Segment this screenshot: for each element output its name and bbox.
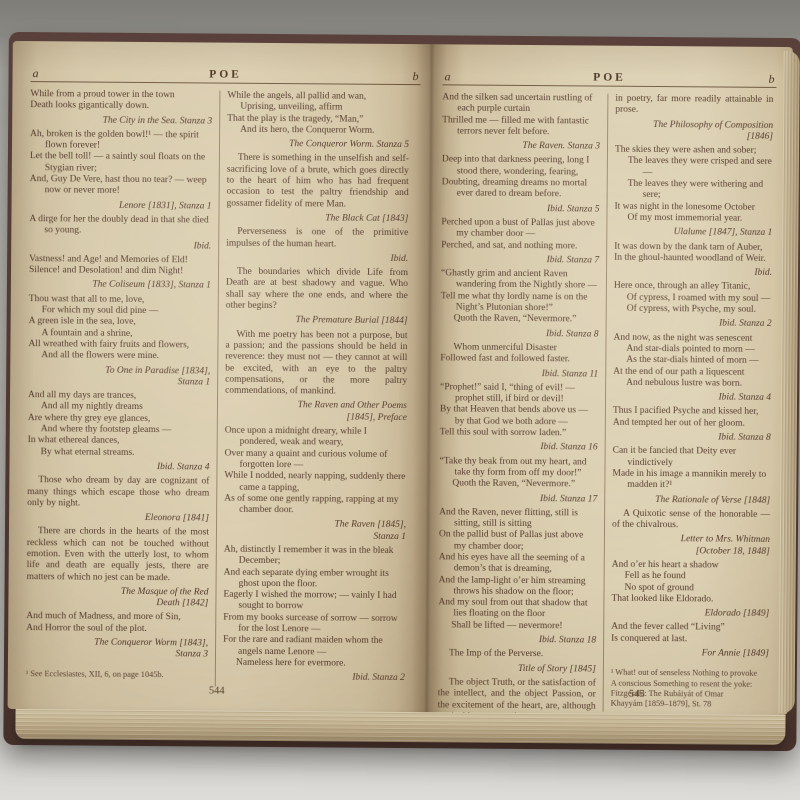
attribution: Ibid. Stanza 8 bbox=[613, 432, 771, 445]
verse-line: And tempted her out of her gloom. bbox=[613, 417, 771, 430]
verse-line: Ah, distinctly I remember it was in the … bbox=[224, 545, 406, 569]
page-spread: a POE b While from a proud tower in the … bbox=[8, 41, 793, 715]
attribution-line: The Premature Burial [1844] bbox=[226, 315, 408, 328]
attribution-line: [1846] bbox=[615, 131, 773, 144]
verse-line: On the pallid bust of Pallas just above … bbox=[439, 530, 597, 554]
attribution-line: The City in the Sea. Stanza 3 bbox=[30, 115, 212, 128]
verse-line: Made in his image a mannikin merely to m… bbox=[612, 469, 770, 493]
attribution-line: Ibid. Stanza 4 bbox=[27, 461, 209, 474]
verse-block: And now, as the night was senescentAnd s… bbox=[613, 332, 771, 390]
page-544-column-a: While from a proud tower in the townDeat… bbox=[26, 89, 220, 683]
prose-paragraph: A Quixotic sense of the honorable — of t… bbox=[612, 508, 770, 532]
verse-line: Can it be fancied that Deity ever vindic… bbox=[612, 446, 770, 470]
verse-block: A dirge for her the doubly dead in that … bbox=[29, 214, 211, 238]
attribution-line: Ibid. bbox=[29, 240, 211, 253]
verse-line: Tell this soul with sorrow laden.” bbox=[440, 427, 598, 440]
verse-line: For the rare and radiant maiden whom the… bbox=[223, 635, 405, 659]
verse-line: Followed fast and followed faster. bbox=[440, 354, 598, 367]
verse-block: “Ghastly grim and ancient Raven wanderin… bbox=[441, 268, 599, 326]
attribution: Ibid. bbox=[29, 240, 211, 253]
attribution: Ibid. Stanza 7 bbox=[441, 254, 599, 267]
attribution: Title of Story [1845] bbox=[438, 663, 596, 676]
attribution-line: [1845], Preface bbox=[225, 411, 407, 424]
attribution-line: Title of Story [1845] bbox=[438, 663, 596, 676]
verse-line: Let the bell toll! — a saintly soul floa… bbox=[30, 152, 212, 176]
verse-line: And the silken sad uncertain rustling of… bbox=[442, 92, 600, 116]
footnote: ¹ See Ecclesiastes, XII, 6, on page 1045… bbox=[26, 669, 208, 681]
attribution: Ibid. Stanza 4 bbox=[27, 461, 209, 474]
verse-block: Thou wast that all to me, love,For which… bbox=[28, 294, 211, 363]
attribution: The Conqueror Worm. Stanza 5 bbox=[227, 139, 409, 152]
attribution: Ibid. bbox=[614, 267, 772, 280]
verse-line: Death looks gigantically down. bbox=[30, 100, 212, 113]
verse-line: A dirge for her the doubly dead in that … bbox=[29, 214, 211, 238]
verse-line: And each separate dying ember wrought it… bbox=[224, 567, 406, 591]
verse-block: Perched upon a bust of Pallas just above… bbox=[441, 217, 599, 252]
verse-line: Thus I pacified Psyche and kissed her, bbox=[613, 406, 771, 419]
attribution-line: Ibid. Stanza 8 bbox=[440, 328, 598, 341]
verse-line: Shall be lifted — nevermore! bbox=[451, 620, 596, 632]
attribution-line: Ibid. Stanza 5 bbox=[441, 203, 599, 216]
page-545: a POE b And the silken sad uncertain rus… bbox=[426, 44, 793, 715]
page-544-column-b: While the angels, all pallid and wan,Upr… bbox=[215, 91, 410, 688]
attribution: The Black Cat [1843] bbox=[226, 213, 408, 226]
verse-block: While the angels, all pallid and wan,Upr… bbox=[227, 91, 409, 138]
attribution-line: Ibid. bbox=[614, 267, 772, 280]
attribution: Ibid. Stanza 4 bbox=[613, 392, 771, 405]
page-header: a POE b bbox=[442, 70, 776, 88]
verse-block: Ah, broken is the golden bowl!¹ — the sp… bbox=[30, 129, 213, 198]
verse-line: And Horror the soul of the plot. bbox=[26, 623, 208, 636]
verse-line: Ah, broken is the golden bowl!¹ — the sp… bbox=[30, 129, 212, 153]
verse-line: And the fever called “Living” bbox=[611, 622, 769, 635]
attribution: The City in the Sea. Stanza 3 bbox=[30, 115, 212, 128]
verse-line: “Prophet!” said I, “thing of evil! — pro… bbox=[440, 382, 598, 406]
attribution: Ibid. Stanza 2 bbox=[223, 672, 405, 685]
attribution: The Coliseum [1833], Stanza 1 bbox=[29, 280, 211, 293]
verse-line: Doubting, dreaming dreams no mortal ever… bbox=[442, 177, 600, 201]
column-letter-a: a bbox=[33, 67, 39, 79]
verse-line: Perched upon a bust of Pallas just above… bbox=[441, 217, 599, 241]
verse-block: The skies they were ashen and sober;The … bbox=[614, 145, 773, 225]
verse-block: Deep into that darkness peering, long I … bbox=[442, 155, 600, 201]
attribution: Eldorado [1849] bbox=[611, 608, 769, 621]
attribution: Lenore [1831], Stanza 1 bbox=[29, 200, 211, 213]
verse-line: In what ethereal dances, bbox=[28, 435, 210, 448]
verse-line: Of cypress, with Psyche, my soul. bbox=[627, 304, 772, 316]
attribution: Eleonora [1841] bbox=[27, 512, 209, 525]
verse-line: And his eyes have all the seeming of a d… bbox=[439, 552, 597, 576]
attribution-line: Ibid. Stanza 2 bbox=[614, 318, 772, 331]
verse-line: Of my most immemorial year. bbox=[627, 213, 772, 225]
verse-line: Tell me what thy lordly name is on the N… bbox=[441, 291, 599, 315]
attribution: For Annie [1849] bbox=[611, 648, 769, 661]
attribution-line: The Coliseum [1833], Stanza 1 bbox=[29, 280, 211, 293]
verse-block: Thus I pacified Psyche and kissed her,An… bbox=[613, 406, 771, 430]
attribution-line: Eleonora [1841] bbox=[27, 512, 209, 525]
verse-block: “Take thy beak from out my heart, and ta… bbox=[439, 456, 597, 491]
verse-block: And much of Madness, and more of Sin,And… bbox=[26, 612, 208, 636]
attribution-line: Ibid. Stanza 16 bbox=[440, 442, 598, 455]
attribution: The Masque of the RedDeath [1842] bbox=[26, 586, 208, 610]
verse-line: Thrilled me — filled me with fantastic t… bbox=[442, 115, 600, 139]
verse-line: Once upon a midnight dreary, while I pon… bbox=[225, 426, 407, 450]
verse-line: Silence! and Desolation! and dim Night! bbox=[29, 265, 211, 278]
verse-line: Here once, through an alley Titanic, bbox=[614, 281, 772, 294]
verse-line: Uprising, unveiling, affirm bbox=[240, 102, 409, 115]
verse-line: Over many a quaint and curious volume of… bbox=[224, 448, 406, 472]
prose-paragraph: Those who dream by day are cognizant of … bbox=[27, 475, 209, 510]
verse-block: Can it be fancied that Deity ever vindic… bbox=[612, 446, 770, 492]
verse-block: Ah, distinctly I remember it was in the … bbox=[223, 545, 406, 671]
page-544: a POE b While from a proud tower in the … bbox=[8, 41, 431, 712]
verse-line: Nameless here for evermore. bbox=[236, 658, 405, 671]
attribution-line: Ulalume [1847], Stanza 1 bbox=[614, 227, 772, 240]
attribution: To One in Paradise [1834],Stanza 1 bbox=[28, 365, 210, 389]
page-header: a POE b bbox=[31, 67, 421, 85]
column-letter-b: b bbox=[768, 73, 774, 85]
verse-line: “Ghastly grim and ancient Raven wanderin… bbox=[441, 268, 599, 292]
text-columns: While from a proud tower in the townDeat… bbox=[26, 89, 421, 688]
verse-line: And nebulous lustre was born. bbox=[626, 378, 771, 390]
verse-line: And, Guy De Vere, hast thou no tear? — w… bbox=[30, 174, 212, 198]
text-columns: And the silken sad uncertain rustling of… bbox=[437, 92, 776, 728]
verse-line: That looked like Eldorado. bbox=[611, 594, 769, 607]
attribution-line: Lenore [1831], Stanza 1 bbox=[29, 200, 211, 213]
attribution: Ibid. Stanza 11 bbox=[440, 368, 598, 381]
photo-background: a POE b While from a proud tower in the … bbox=[0, 0, 800, 800]
page-edges-bottom bbox=[15, 709, 785, 745]
page-number: 544 bbox=[8, 684, 426, 698]
attribution-line: The Conqueror Worm. Stanza 5 bbox=[227, 139, 409, 152]
verse-block: Whom unmerciful DisasterFollowed fast an… bbox=[440, 342, 598, 366]
attribution: Ibid. Stanza 17 bbox=[439, 493, 597, 506]
attribution: Letter to Mrs. Whitman[October 18, 1848] bbox=[612, 534, 770, 558]
column-letter-b: b bbox=[412, 70, 418, 82]
prose-paragraph: The boundaries which divide Life from De… bbox=[226, 267, 408, 314]
attribution-line: Stanza 1 bbox=[224, 530, 406, 543]
verse-line: A green isle in the sea, love, bbox=[29, 316, 211, 329]
verse-line: And its hero, the Conqueror Worm. bbox=[240, 125, 409, 138]
attribution-line: Stanza 3 bbox=[26, 648, 208, 661]
verse-block: Vastness! and Age! and Memories of Eld!S… bbox=[29, 254, 211, 278]
attribution-line: Stanza 1 bbox=[28, 376, 210, 389]
verse-line: And all my nightly dreams bbox=[41, 402, 210, 415]
attribution-line: Ibid. Stanza 4 bbox=[613, 392, 771, 405]
attribution: Ibid. Stanza 18 bbox=[438, 634, 596, 647]
footnote-line: ¹ See Ecclesiastes, XII, 6, on page 1045… bbox=[26, 669, 208, 681]
prose-paragraph: With me poetry has been not a purpose, b… bbox=[225, 329, 408, 398]
verse-line: Perched, and sat, and nothing more. bbox=[441, 240, 599, 253]
page-545-column-b: in poetry, far more readily attainable i… bbox=[603, 94, 774, 713]
attribution-line: Ibid. Stanza 17 bbox=[439, 493, 597, 506]
attribution-line: Eldorado [1849] bbox=[611, 608, 769, 621]
prose-paragraph: The Imp of the Perverse. bbox=[438, 649, 596, 662]
verse-line: While I nodded, nearly napping, suddenly… bbox=[224, 471, 406, 495]
attribution: The Raven and Other Poems[1845], Preface bbox=[225, 400, 407, 424]
verse-line: Quoth the Raven, “Nevermore.” bbox=[452, 479, 597, 491]
verse-line: Deep into that darkness peering, long I … bbox=[442, 155, 600, 179]
attribution: Ulalume [1847], Stanza 1 bbox=[614, 227, 772, 240]
attribution-line: Ibid. Stanza 2 bbox=[223, 672, 405, 685]
attribution-line: Death [1842] bbox=[26, 597, 208, 610]
attribution-line: Ibid. Stanza 18 bbox=[438, 634, 596, 647]
verse-block: And the silken sad uncertain rustling of… bbox=[442, 92, 600, 138]
attribution: The Premature Burial [1844] bbox=[226, 315, 408, 328]
verse-line: And all the flowers were mine. bbox=[41, 350, 210, 363]
prose-paragraph: in poetry, far more readily attainable i… bbox=[615, 94, 773, 118]
verse-line: And my soul from out that shadow that li… bbox=[438, 597, 596, 621]
prose-paragraph: There is something in the unselfish and … bbox=[227, 153, 409, 211]
verse-line: “Take thy beak from out my heart, and ta… bbox=[439, 456, 597, 480]
attribution: The Philosophy of Composition[1846] bbox=[615, 119, 773, 143]
verse-block: And o’er his heart a shadowFell as he fo… bbox=[611, 560, 769, 606]
attribution: Ibid. bbox=[226, 252, 408, 265]
footnote-line: ¹ What! out of senseless Nothing to prov… bbox=[611, 668, 769, 679]
verse-block: While from a proud tower in the townDeat… bbox=[30, 89, 212, 113]
verse-block: And the Raven, never flitting, still is … bbox=[438, 507, 597, 633]
verse-line: And the Raven, never flitting, still is … bbox=[439, 507, 597, 531]
verse-block: It was down by the dank tarn of Auber,In… bbox=[614, 241, 772, 265]
attribution-line: Ibid. bbox=[226, 252, 408, 265]
attribution: Ibid. Stanza 5 bbox=[441, 203, 599, 216]
attribution-line: Ibid. Stanza 7 bbox=[441, 254, 599, 267]
verse-line: Eagerly I wished the morrow; — vainly I … bbox=[223, 590, 405, 614]
open-book: a POE b While from a proud tower in the … bbox=[7, 41, 793, 763]
running-head: POE bbox=[593, 72, 626, 84]
attribution-line: The Black Cat [1843] bbox=[226, 213, 408, 226]
prose-paragraph: Perverseness is one of the primitive imp… bbox=[226, 227, 408, 251]
page-545-column-a: And the silken sad uncertain rustling of… bbox=[437, 92, 607, 726]
attribution-line: Ibid. Stanza 8 bbox=[613, 432, 771, 445]
attribution: The Raven. Stanza 3 bbox=[442, 141, 600, 154]
attribution-line: Ibid. Stanza 11 bbox=[440, 368, 598, 381]
verse-block: And all my days are trances,And all my n… bbox=[28, 390, 211, 459]
attribution: The Rationale of Verse [1848] bbox=[612, 494, 770, 507]
running-head: POE bbox=[209, 68, 242, 80]
attribution-line: The Rationale of Verse [1848] bbox=[612, 494, 770, 507]
verse-line: As of some one gently rapping, rapping a… bbox=[224, 493, 406, 517]
verse-line: Is conquered at last. bbox=[611, 633, 769, 646]
verse-line: In the ghoul-haunted woodland of Weir. bbox=[614, 253, 772, 266]
attribution: Ibid. Stanza 8 bbox=[440, 328, 598, 341]
attribution-line: For Annie [1849] bbox=[611, 648, 769, 661]
attribution: The Conqueror Worm [1843],Stanza 3 bbox=[26, 637, 208, 661]
verse-line: By what eternal streams. bbox=[41, 447, 210, 460]
verse-line: And the lamp-light o’er him streaming th… bbox=[438, 575, 596, 599]
verse-block: “Prophet!” said I, “thing of evil! — pro… bbox=[440, 382, 598, 440]
verse-line: By that Heaven that bends above us — by … bbox=[440, 405, 598, 429]
verse-line: The leaves they were withering and sere; bbox=[628, 179, 773, 203]
verse-line: Fell as he found bbox=[625, 571, 770, 583]
verse-line: From my books surcease of sorrow — sorro… bbox=[223, 612, 405, 636]
attribution: Ibid. Stanza 2 bbox=[614, 318, 772, 331]
verse-line: The leaves they were crisped and sere — bbox=[628, 156, 773, 180]
verse-line: Quoth the Raven, “Nevermore.” bbox=[454, 314, 599, 326]
verse-block: Once upon a midnight dreary, while I pon… bbox=[224, 426, 407, 518]
verse-block: And the fever called “Living”Is conquere… bbox=[611, 622, 769, 646]
column-letter-a: a bbox=[445, 70, 451, 82]
prose-paragraph: There are chords in the hearts of the mo… bbox=[27, 526, 209, 584]
verse-line: As the star-dials hinted of morn — bbox=[626, 355, 771, 367]
attribution: The Raven [1845],Stanza 1 bbox=[224, 519, 406, 543]
verse-block: Here once, through an alley Titanic,Of c… bbox=[614, 281, 772, 316]
attribution: Ibid. Stanza 16 bbox=[440, 442, 598, 455]
attribution-line: [October 18, 1848] bbox=[612, 545, 770, 558]
attribution-line: The Raven. Stanza 3 bbox=[442, 141, 600, 154]
verse-line: No spot of ground bbox=[625, 582, 770, 594]
